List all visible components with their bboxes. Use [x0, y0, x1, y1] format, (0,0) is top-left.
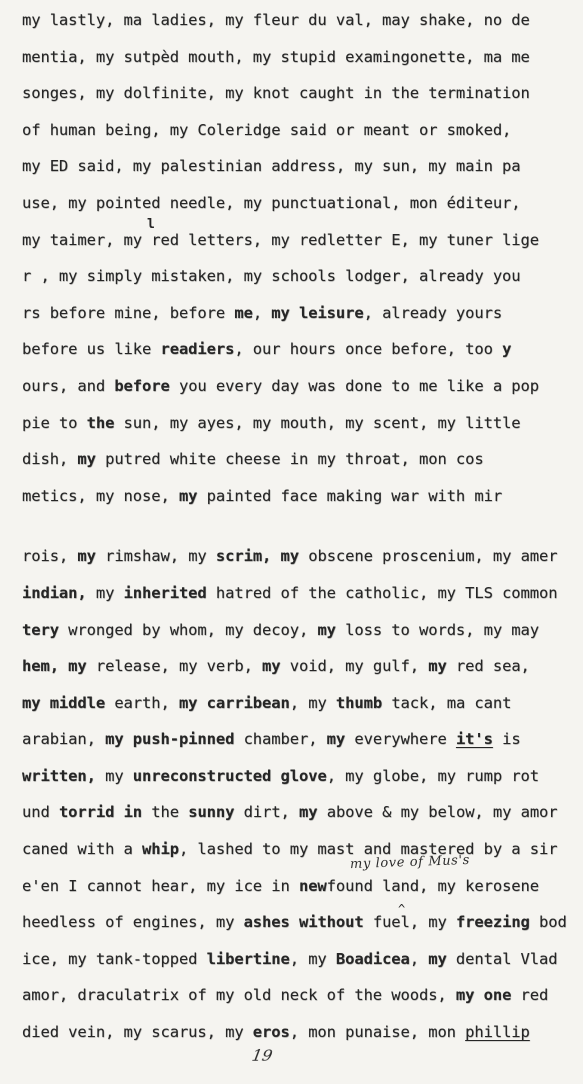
- text-segment: heedless of engines, my: [22, 913, 244, 931]
- text-segment: red sea,: [447, 657, 530, 675]
- text-segment: pie to: [22, 414, 87, 432]
- text-segment: thumb: [336, 694, 382, 712]
- text-segment: metics, my nose,: [22, 487, 179, 505]
- text-segment: my: [96, 767, 133, 785]
- text-segment: , lashed to my mast and mastered by a si…: [179, 840, 558, 858]
- text-segment: my taimer, my red letters, my redletter …: [22, 231, 539, 249]
- text-segment: phillip: [465, 1023, 530, 1041]
- text-segment: unreconstructed: [133, 767, 271, 785]
- text-segment: ,: [410, 950, 428, 968]
- page-text: my lastly, ma ladies, my fleur du val, m…: [22, 2, 578, 1051]
- text-segment: [271, 767, 280, 785]
- paragraph: my lastly, ma ladies, my fleur du val, m…: [22, 2, 578, 514]
- text-segment: rois,: [22, 547, 77, 565]
- text-segment: my middle: [22, 694, 105, 712]
- text-segment: the: [142, 803, 188, 821]
- text-segment: ours, and: [22, 377, 114, 395]
- text-segment: sun, my ayes, my mouth, my scent, my lit…: [114, 414, 520, 432]
- text-segment: e'en I cannot hear, my ice in: [22, 877, 299, 895]
- typewritten-page: my lastly, ma ladies, my fleur du val, m…: [0, 0, 583, 1084]
- text-segment: , my globe, my rump rot: [327, 767, 539, 785]
- text-segment: my: [428, 950, 446, 968]
- text-segment: hem,: [22, 657, 59, 675]
- text-line: pie to the sun, my ayes, my mouth, my sc…: [22, 405, 578, 442]
- text-segment: fuel, my: [364, 913, 456, 931]
- text-segment: , already yours: [364, 304, 502, 322]
- text-segment: my: [262, 657, 280, 675]
- text-line: songes, my dolfinite, my knot caught in …: [22, 75, 578, 112]
- text-segment: me: [234, 304, 252, 322]
- text-segment: [271, 547, 280, 565]
- text-segment: hatred of the catholic, my TLS common: [207, 584, 558, 602]
- text-segment: mentia, my sutpèd mouth, my stupid exami…: [22, 48, 530, 66]
- text-segment: before: [114, 377, 169, 395]
- text-segment: my leisure: [271, 304, 363, 322]
- text-segment: y: [502, 340, 511, 358]
- text-segment: you every day was done to me like a pop: [170, 377, 539, 395]
- text-segment: my lastly, ma ladies, my fleur du val, m…: [22, 11, 530, 29]
- text-segment: use, my pointed needle, my punctuational…: [22, 194, 521, 212]
- text-segment: everywhere: [345, 730, 456, 748]
- text-segment: without: [299, 913, 364, 931]
- text-line: r , my simply mistaken, my schools lodge…: [22, 258, 578, 295]
- text-segment: , my: [290, 950, 336, 968]
- text-segment: my: [317, 621, 335, 639]
- text-segment: painted face making war with mir: [197, 487, 502, 505]
- text-segment: my carribean: [179, 694, 290, 712]
- text-line: hem, my release, my verb, my void, my gu…: [22, 648, 578, 685]
- text-segment: glove: [281, 767, 327, 785]
- text-line: und torrid in the sunny dirt, my above &…: [22, 794, 578, 831]
- text-segment: r , my simply mistaken, my schools lodge…: [22, 267, 521, 285]
- text-segment: , my: [290, 694, 336, 712]
- text-segment: of human being, my Coleridge said or mea…: [22, 121, 511, 139]
- text-line: use, my pointed needle, my punctuational…: [22, 185, 578, 222]
- text-segment: my: [68, 657, 86, 675]
- text-segment: is: [493, 730, 521, 748]
- text-segment: release, my verb,: [87, 657, 262, 675]
- text-segment: my push-pinned: [105, 730, 234, 748]
- text-line: written, my unreconstructed glove, my gl…: [22, 758, 578, 795]
- text-segment: earth,: [105, 694, 179, 712]
- text-segment: my: [179, 487, 197, 505]
- text-segment: before us like: [22, 340, 160, 358]
- text-segment: tery: [22, 621, 59, 639]
- text-segment: void, my gulf,: [281, 657, 429, 675]
- text-segment: und: [22, 803, 59, 821]
- text-segment: , our hours once before, too: [234, 340, 502, 358]
- text-segment: arabian,: [22, 730, 105, 748]
- text-segment: sunny: [188, 803, 234, 821]
- text-segment: my: [87, 584, 124, 602]
- text-line: e'en I cannot hear, my ice in newfound l…: [22, 868, 578, 905]
- text-segment: chamber,: [234, 730, 326, 748]
- paragraph: rois, my rimshaw, my scrim, my obscene p…: [22, 538, 578, 1050]
- text-segment: [290, 913, 299, 931]
- text-segment: in: [124, 803, 142, 821]
- text-segment: freezing: [456, 913, 530, 931]
- text-segment: dirt,: [234, 803, 299, 821]
- text-segment: the: [87, 414, 115, 432]
- text-line: ours, and before you every day was done …: [22, 368, 578, 405]
- text-segment: libertine: [207, 950, 290, 968]
- text-line: rois, my rimshaw, my scrim, my obscene p…: [22, 538, 578, 575]
- text-segment: dental Vlad: [447, 950, 558, 968]
- text-line: tery wronged by whom, my decoy, my loss …: [22, 612, 578, 649]
- text-segment: my: [281, 547, 299, 565]
- text-segment: Boadicea: [336, 950, 410, 968]
- text-segment: wronged by whom, my decoy,: [59, 621, 318, 639]
- text-line: my lastly, ma ladies, my fleur du val, m…: [22, 2, 578, 39]
- text-segment: rs before mine, before: [22, 304, 234, 322]
- text-line: amor, draculatrix of my old neck of the …: [22, 977, 578, 1014]
- text-line: my taimer, my red letters, my redletter …: [22, 222, 578, 259]
- text-segment: my: [77, 450, 95, 468]
- insertion-caret: ^: [398, 902, 405, 916]
- text-segment: my: [327, 730, 345, 748]
- text-segment: [114, 803, 123, 821]
- page-number: 19: [250, 1046, 274, 1065]
- text-segment: rimshaw, my: [96, 547, 216, 565]
- text-segment: loss to words, my may: [336, 621, 539, 639]
- text-segment: tack, ma cant: [382, 694, 511, 712]
- text-segment: red: [511, 986, 548, 1004]
- text-segment: my: [77, 547, 95, 565]
- text-line: dish, my putred white cheese in my throa…: [22, 441, 578, 478]
- text-segment: it's: [456, 730, 493, 748]
- text-segment: scrim,: [216, 547, 271, 565]
- text-segment: ashes: [244, 913, 290, 931]
- text-segment: caned with a: [22, 840, 142, 858]
- text-segment: , mon punaise, mon: [290, 1023, 465, 1041]
- text-line: my ED said, my palestinian address, my s…: [22, 148, 578, 185]
- text-line: heedless of engines, my ashes without fu…: [22, 904, 578, 941]
- text-line: mentia, my sutpèd mouth, my stupid exami…: [22, 39, 578, 76]
- text-segment: my: [299, 803, 317, 821]
- text-segment: songes, my dolfinite, my knot caught in …: [22, 84, 530, 102]
- text-segment: [59, 657, 68, 675]
- text-segment: eros: [253, 1023, 290, 1041]
- text-segment: amor, draculatrix of my old neck of the …: [22, 986, 456, 1004]
- text-segment: my: [428, 657, 446, 675]
- text-line: of human being, my Coleridge said or mea…: [22, 112, 578, 149]
- text-segment: readiers: [160, 340, 234, 358]
- text-segment: ,: [253, 304, 271, 322]
- text-segment: inherited: [124, 584, 207, 602]
- text-line: before us like readiers, our hours once …: [22, 331, 578, 368]
- text-segment: new: [299, 877, 327, 895]
- text-segment: died vein, my scarus, my: [22, 1023, 253, 1041]
- text-segment: torrid: [59, 803, 114, 821]
- text-line: metics, my nose, my painted face making …: [22, 478, 578, 515]
- text-segment: my ED said, my palestinian address, my s…: [22, 157, 521, 175]
- typed-insert-character: l: [147, 217, 155, 232]
- text-line: rs before mine, before me, my leisure, a…: [22, 295, 578, 332]
- text-segment: obscene proscenium, my amer: [299, 547, 558, 565]
- text-segment: above & my below, my amor: [317, 803, 557, 821]
- text-segment: written,: [22, 767, 96, 785]
- text-line: ice, my tank-topped libertine, my Boadic…: [22, 941, 578, 978]
- text-segment: found land, my kerosene: [327, 877, 539, 895]
- text-line: my middle earth, my carribean, my thumb …: [22, 685, 578, 722]
- text-segment: indian,: [22, 584, 87, 602]
- text-line: arabian, my push-pinned chamber, my ever…: [22, 721, 578, 758]
- text-segment: dish,: [22, 450, 77, 468]
- text-segment: whip: [142, 840, 179, 858]
- text-line: indian, my inherited hatred of the catho…: [22, 575, 578, 612]
- text-segment: bod: [530, 913, 567, 931]
- text-segment: putred white cheese in my throat, mon co…: [96, 450, 484, 468]
- text-segment: my one: [456, 986, 511, 1004]
- text-line: died vein, my scarus, my eros, mon punai…: [22, 1014, 578, 1051]
- text-segment: ice, my tank-topped: [22, 950, 207, 968]
- text-line: caned with a whip, lashed to my mast and…: [22, 831, 578, 868]
